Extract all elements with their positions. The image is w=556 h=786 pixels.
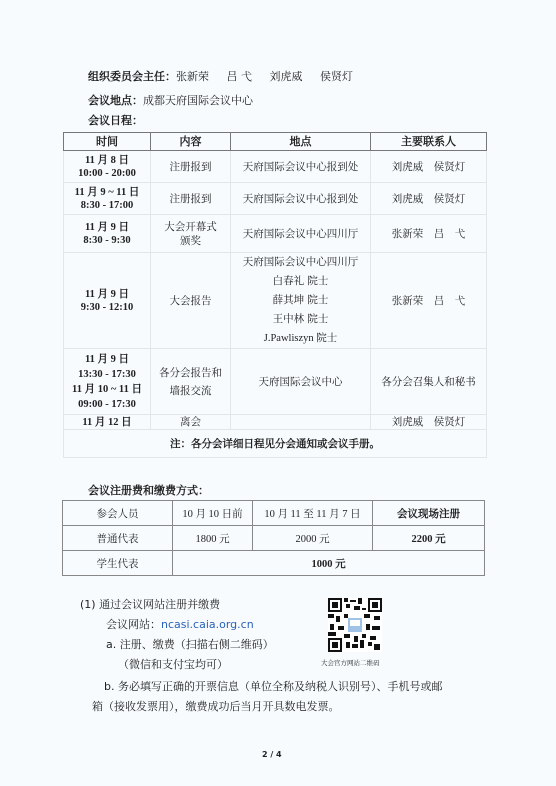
header-content: 内容 — [151, 133, 231, 151]
committee-member: 刘虎威 — [269, 70, 302, 83]
committee-member: 侯贤灯 — [320, 70, 353, 83]
table-row: 11 月 9 日 13:30 - 17:30 11 月 10 ~ 11 日 09… — [64, 349, 487, 415]
time-cell: 11 月 9 日9:30 - 12:10 — [64, 253, 151, 349]
fee-early: 1800 元 — [173, 526, 253, 551]
content-cell: 离会 — [151, 415, 231, 430]
header-mid: 10 月 11 至 11 月 7 日 — [253, 501, 373, 526]
fees-heading: 会议注册费和缴费方式： — [88, 484, 209, 498]
website-link[interactable]: ncasi.caia.org.cn — [161, 618, 254, 631]
header-location: 地点 — [231, 133, 371, 151]
contacts-cell: 张新荣 吕 弋 — [371, 253, 487, 349]
fee-onsite: 2200 元 — [373, 526, 485, 551]
attendee-type: 普通代表 — [63, 526, 173, 551]
contacts-cell: 各分会召集人和秘书 — [371, 349, 487, 415]
fee-all: 1000 元 — [173, 551, 485, 576]
schedule-note: 注：各分会详细日程见分会通知或会议手册。 — [64, 430, 487, 458]
time-cell: 11 月 9 ~ 11 日8:30 - 17:00 — [64, 183, 151, 215]
schedule-header-row: 时间 内容 地点 主要联系人 — [64, 133, 487, 151]
speaker: 薛其坤 院士 — [231, 291, 370, 310]
content-cell: 注册报到 — [151, 183, 231, 215]
header-onsite: 会议现场注册 — [373, 501, 485, 526]
schedule-table: 时间 内容 地点 主要联系人 11 月 8 日10:00 - 20:00 注册报… — [63, 132, 487, 458]
table-row: 11 月 12 日 离会 刘虎威 侯贤灯 — [64, 415, 487, 430]
fee-row: 普通代表 1800 元 2000 元 2200 元 — [63, 526, 485, 551]
attendee-type: 学生代表 — [63, 551, 173, 576]
step-a: a. 注册、缴费（扫描右侧二维码） — [106, 638, 274, 652]
content-cell: 注册报到 — [151, 151, 231, 183]
qr-caption: 大会官方网站二维码 — [321, 658, 380, 667]
venue-value: 成都天府国际会议中心 — [143, 94, 253, 107]
time-cell: 11 月 9 日 13:30 - 17:30 11 月 10 ~ 11 日 09… — [64, 349, 151, 415]
location-cell: 天府国际会议中心报到处 — [231, 183, 371, 215]
table-row: 11 月 9 日9:30 - 12:10 大会报告 天府国际会议中心四川厅 白春… — [64, 253, 487, 349]
time-cell: 11 月 9 日8:30 - 9:30 — [64, 215, 151, 253]
schedule-heading: 会议日程： — [88, 114, 143, 128]
committee-member: 张新荣 — [176, 70, 209, 83]
time-cell: 11 月 8 日10:00 - 20:00 — [64, 151, 151, 183]
speaker: J.Pawliszyn 院士 — [231, 329, 370, 348]
qr-code-icon[interactable] — [328, 598, 382, 652]
page-number: 2 / 4 — [262, 750, 282, 759]
content-cell: 大会报告 — [151, 253, 231, 349]
venue-label: 会议地点： — [88, 94, 143, 107]
fee-header-row: 参会人员 10 月 10 日前 10 月 11 至 11 月 7 日 会议现场注… — [63, 501, 485, 526]
header-time: 时间 — [64, 133, 151, 151]
fee-mid: 2000 元 — [253, 526, 373, 551]
payment-item-1: (1) 通过会议网站注册并缴费 — [80, 598, 220, 612]
fee-table: 参会人员 10 月 10 日前 10 月 11 至 11 月 7 日 会议现场注… — [62, 500, 485, 576]
venue: 会议地点：成都天府国际会议中心 — [88, 94, 253, 108]
fee-row: 学生代表 1000 元 — [63, 551, 485, 576]
location-cell: 天府国际会议中心 — [231, 349, 371, 415]
table-row: 11 月 9 日8:30 - 9:30 大会开幕式颁奖 天府国际会议中心四川厅 … — [64, 215, 487, 253]
step-b-line2: 箱（接收发票用），缴费成功后当月开具数电发票。 — [92, 700, 340, 714]
website-label: 会议网站： — [106, 618, 161, 631]
committee-label: 组织委员会主任： — [88, 70, 176, 83]
location-cell: 天府国际会议中心四川厅 白春礼 院士 薛其坤 院士 王中林 院士 J.Pawli… — [231, 253, 371, 349]
committee-member: 吕 弋 — [226, 70, 252, 83]
table-row: 11 月 9 ~ 11 日8:30 - 17:00 注册报到 天府国际会议中心报… — [64, 183, 487, 215]
contacts-cell: 刘虎威 侯贤灯 — [371, 415, 487, 430]
speaker: 白春礼 院士 — [231, 272, 370, 291]
organizing-committee: 组织委员会主任：张新荣 吕 弋 刘虎威 侯贤灯 — [88, 70, 353, 84]
header-early: 10 月 10 日前 — [173, 501, 253, 526]
table-note-row: 注：各分会详细日程见分会通知或会议手册。 — [64, 430, 487, 458]
step-a-note: （微信和支付宝均可） — [118, 658, 228, 672]
website-line: 会议网站：ncasi.caia.org.cn — [106, 618, 254, 632]
location-cell — [231, 415, 371, 430]
header-attendee: 参会人员 — [63, 501, 173, 526]
speaker: 王中林 院士 — [231, 310, 370, 329]
content-cell: 各分会报告和墙报交流 — [151, 349, 231, 415]
time-cell: 11 月 12 日 — [64, 415, 151, 430]
contacts-cell: 刘虎威 侯贤灯 — [371, 151, 487, 183]
contacts-cell: 张新荣 吕 弋 — [371, 215, 487, 253]
contacts-cell: 刘虎威 侯贤灯 — [371, 183, 487, 215]
location-cell: 天府国际会议中心四川厅 — [231, 215, 371, 253]
step-b-line1: b. 务必填写正确的开票信息（单位全称及纳税人识别号）、手机号或邮 — [104, 680, 442, 694]
location-cell: 天府国际会议中心报到处 — [231, 151, 371, 183]
table-row: 11 月 8 日10:00 - 20:00 注册报到 天府国际会议中心报到处 刘… — [64, 151, 487, 183]
content-cell: 大会开幕式颁奖 — [151, 215, 231, 253]
header-contacts: 主要联系人 — [371, 133, 487, 151]
